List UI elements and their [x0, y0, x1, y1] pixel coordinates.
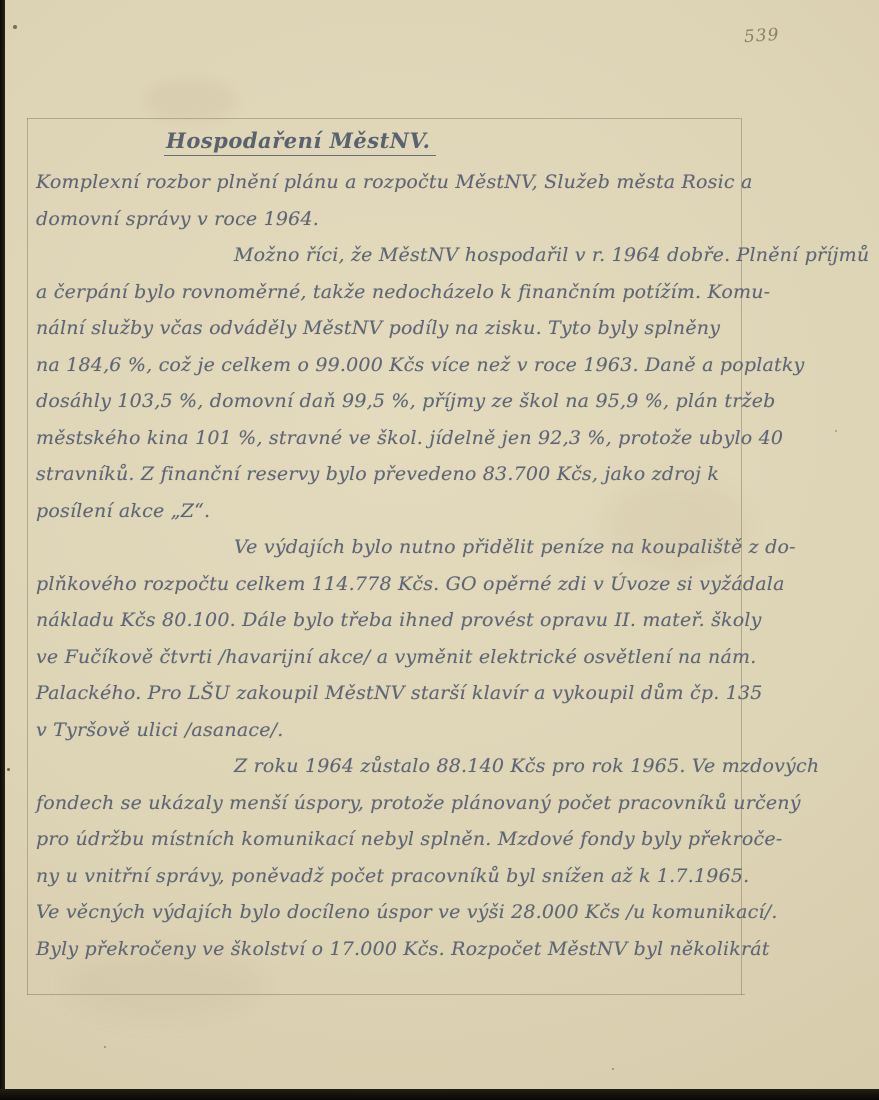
scan-edge-bottom	[0, 1089, 879, 1100]
text-line: pro údržbu místních komunikací nebyl spl…	[36, 821, 836, 858]
text-line: Ve výdajích bylo nutno přidělit peníze n…	[36, 529, 836, 566]
paper-speck	[835, 430, 837, 432]
title-row: Hospodaření MěstNV.	[164, 128, 836, 156]
text-line: Ve věcných výdajích bylo docíleno úspor …	[36, 894, 836, 931]
paragraph: Komplexní rozbor plnění plánu a rozpočtu…	[36, 164, 836, 237]
text-line: Možno říci, že MěstNV hospodařil v r. 19…	[36, 237, 836, 274]
paper-stain	[145, 80, 235, 120]
page-number: 539	[743, 25, 780, 47]
text-line: nákladu Kčs 80.100. Dále bylo třeba ihne…	[36, 602, 836, 639]
paper-speck	[13, 25, 17, 29]
text-line: Byly překročeny ve školství o 17.000 Kčs…	[36, 931, 836, 968]
margin-rule-left	[27, 118, 28, 995]
text-line: městského kina 101 %, stravné ve škol. j…	[36, 420, 836, 457]
text-line: Palackého. Pro LŠU zakoupil MěstNV starš…	[36, 675, 836, 712]
paragraph: Možno říci, že MěstNV hospodařil v r. 19…	[36, 237, 836, 529]
text-line: dosáhly 103,5 %, domovní daň 99,5 %, pří…	[36, 383, 836, 420]
text-line: plňkového rozpočtu celkem 114.778 Kčs. G…	[36, 566, 836, 603]
paragraph: Ve výdajích bylo nutno přidělit peníze n…	[36, 529, 836, 748]
text-line: fondech se ukázaly menší úspory, protože…	[36, 785, 836, 822]
paper-speck	[7, 768, 10, 771]
paragraph: Z roku 1964 zůstalo 88.140 Kčs pro rok 1…	[36, 748, 836, 967]
scanned-page: 539 Hospodaření MěstNV. Komplexní rozbor…	[0, 0, 879, 1100]
margin-rule-bottom	[27, 994, 745, 995]
text-line: ny u vnitřní správy, poněvadž počet prac…	[36, 858, 836, 895]
text-line: ve Fučíkově čtvrti /havarijní akce/ a vy…	[36, 639, 836, 676]
paper-speck	[104, 1046, 106, 1048]
text-line: posílení akce „Z“.	[36, 493, 836, 530]
text-line: Z roku 1964 zůstalo 88.140 Kčs pro rok 1…	[36, 748, 836, 785]
section-title: Hospodaření MěstNV.	[164, 128, 436, 156]
text-line: domovní správy v roce 1964.	[36, 201, 836, 238]
text-line: v Tyršově ulici /asanace/.	[36, 712, 836, 749]
paper-speck	[612, 1068, 614, 1070]
text-line: stravníků. Z finanční reservy bylo převe…	[36, 456, 836, 493]
text-line: na 184,6 %, což je celkem o 99.000 Kčs v…	[36, 347, 836, 384]
manuscript-body: Hospodaření MěstNV. Komplexní rozbor pln…	[36, 128, 836, 967]
margin-rule-top	[27, 118, 741, 119]
text-line: Komplexní rozbor plnění plánu a rozpočtu…	[36, 164, 836, 201]
text-line: nální služby včas odváděly MěstNV podíly…	[36, 310, 836, 347]
scan-edge-left	[0, 0, 5, 1100]
text-line: a čerpání bylo rovnoměrné, takže nedochá…	[36, 274, 836, 311]
